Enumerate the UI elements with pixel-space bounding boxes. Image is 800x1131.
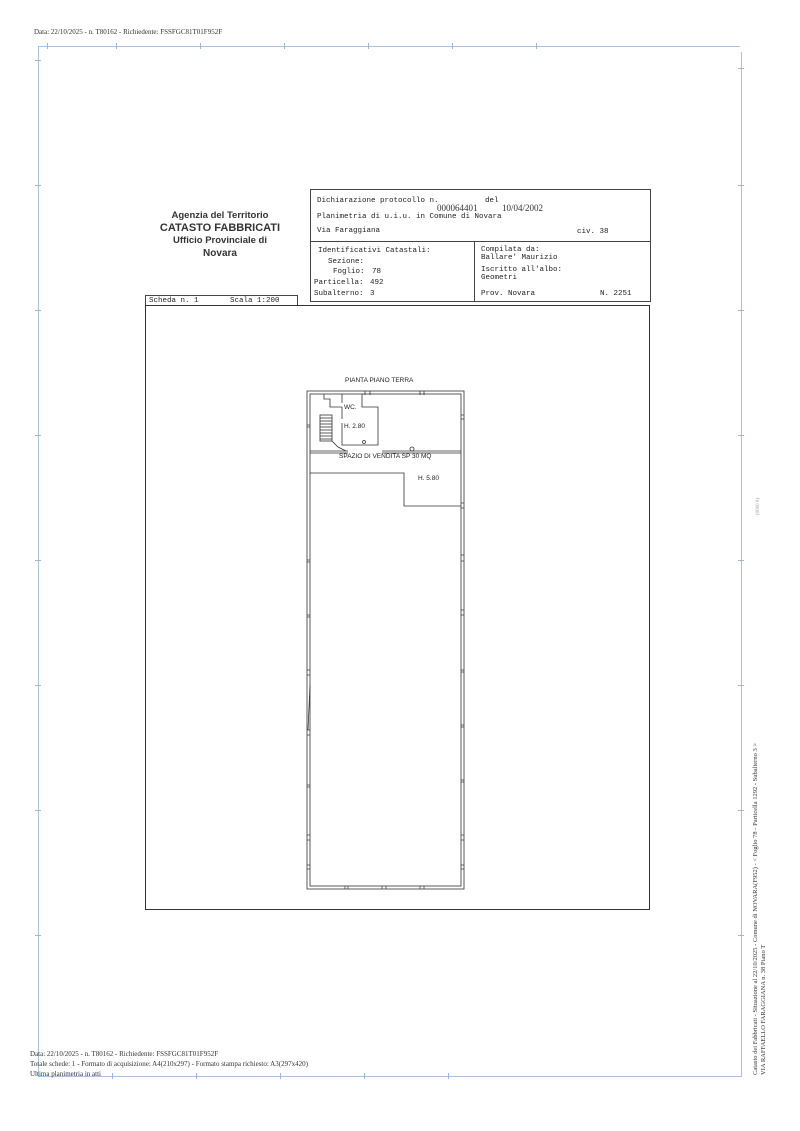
height-small-label: H. 2.80 [344,423,365,430]
frame-left-line [38,46,39,1076]
frame-tick [35,60,41,61]
frame-tick [738,185,744,186]
register-label: Iscritto all'albo: [481,266,562,274]
frame-tick [116,43,117,49]
compiler-province: Prov. Novara [481,290,535,298]
frame-tick [35,560,41,561]
sheet-number: Scheda n. 1 [149,297,199,305]
identifiers-title: Identificativi Catastali: [318,247,431,255]
sezione-label: Sezione: [328,258,364,266]
civic-number: civ. 38 [577,228,609,236]
frame-tick [35,435,41,436]
sales-space-label: SPAZIO DI VENDITA SP 30 MQ [339,453,431,460]
register-value: Geometri [481,274,517,282]
footer-last-planimetry: Ultima planimetria in atti [30,1070,101,1078]
particella-value: 492 [370,279,384,287]
compiler-label: Compilata da: [481,246,540,254]
protocol-label: Dichiarazione protocollo n. [317,197,439,205]
header-request-info: Data: 22/10/2025 - n. T80162 - Richieden… [34,28,222,36]
subalterno-value: 3 [370,290,375,298]
frame-tick [196,1073,197,1079]
compiler-name: Ballare' Maurizio [481,254,558,262]
frame-tick [738,435,744,436]
frame-tick [536,43,537,49]
frame-tick [112,1073,113,1079]
protocol-number: 000064401 [437,203,478,213]
frame-tick [200,43,201,49]
agency-office: Ufficio Provinciale di [150,235,290,247]
foglio-label: Foglio: [333,268,365,276]
frame-bottom-line [38,1076,742,1077]
frame-tick [47,43,48,49]
frame-tick [738,935,744,936]
side-line-1: Catasto dei Fabbricati - Situazione al 2… [752,743,760,1075]
frame-tick [284,43,285,49]
subalterno-label: Subalterno: [314,290,364,298]
wc-label: WC. [344,404,357,411]
sheet-scale: Scala 1:200 [230,297,280,305]
foglio-value: 78 [372,268,381,276]
agency-block: Agenzia del Territorio CATASTO FABBRICAT… [150,210,290,261]
frame-tick [35,810,41,811]
agency-city: Novara [150,247,290,261]
declaration-date: 10/04/2002 [502,203,543,213]
date-label: del [485,197,499,205]
frame-tick [452,43,453,49]
particella-label: Particella: [314,279,364,287]
frame-tick [738,310,744,311]
floor-plan [300,385,470,895]
side-stamp: (0000 0) [756,498,761,515]
frame-tick [738,810,744,811]
frame-right-line [741,52,742,1076]
frame-tick [738,685,744,686]
footer-format-info: Totale schede: 1 - Formato di acquisizio… [30,1060,308,1068]
planimetry-line: Planimetria di u.i.u. in Comune di Novar… [317,213,502,221]
frame-tick [35,185,41,186]
frame-tick [448,1073,449,1079]
plan-title: PIANTA PIANO TERRA [345,377,413,384]
height-large-label: H. 5.80 [418,475,439,482]
frame-tick [738,560,744,561]
agency-name: Agenzia del Territorio [150,210,290,222]
side-line-2: VIA RAFFAELLO FARAGGIANA n. 38 Piano T [760,743,768,1075]
agency-catasto: CATASTO FABBRICATI [150,222,290,235]
frame-tick [364,1073,365,1079]
compiler-number: N. 2251 [600,290,632,298]
frame-tick [738,68,744,69]
frame-tick [368,43,369,49]
frame-tick [35,310,41,311]
footer-request-info: Data: 22/10/2025 - n. T80162 - Richieden… [30,1050,218,1058]
frame-tick [35,935,41,936]
address: Via Faraggiana [317,227,380,235]
side-cadastral-info: Catasto dei Fabbricati - Situazione al 2… [752,743,768,1075]
frame-tick [280,1073,281,1079]
frame-top-line [38,46,740,47]
frame-tick [35,685,41,686]
